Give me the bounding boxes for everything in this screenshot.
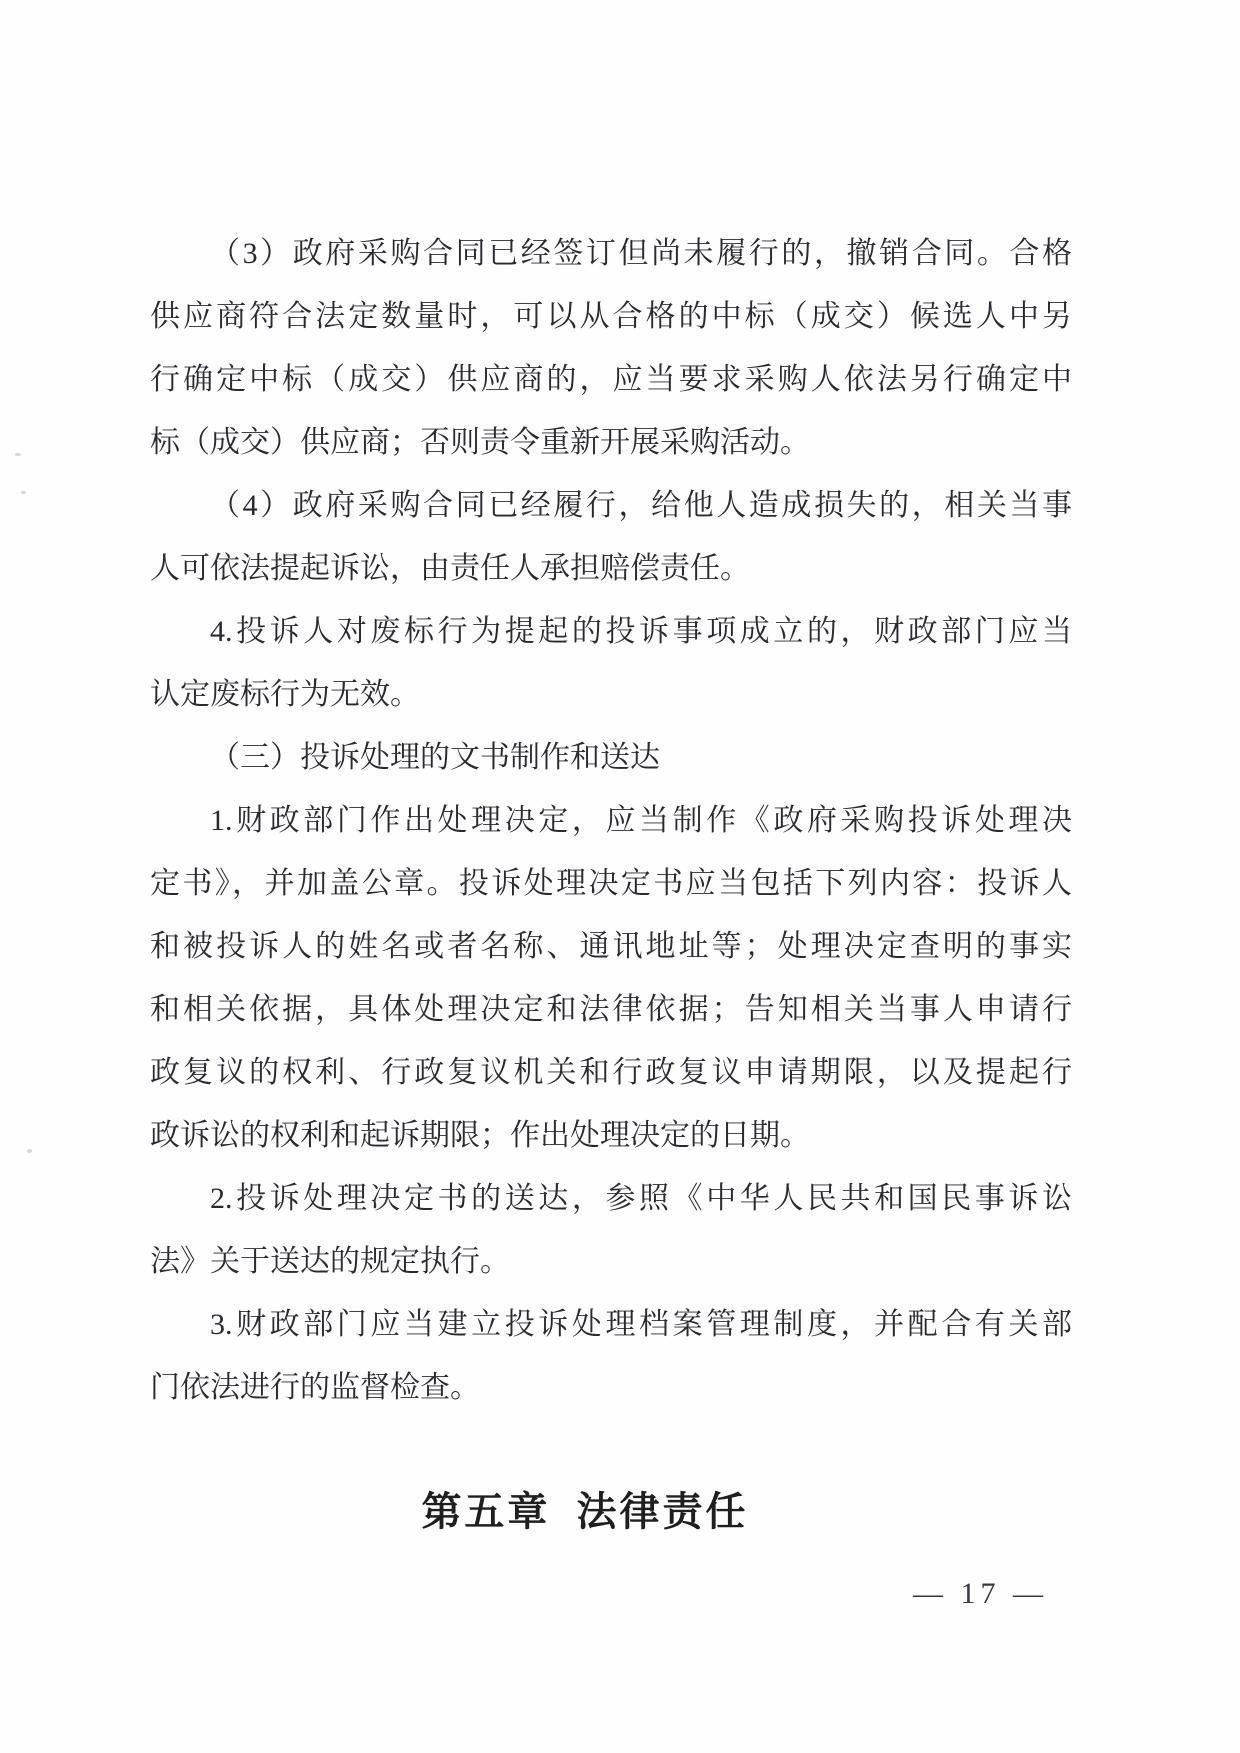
page-number: — 17 — [913, 1576, 1048, 1612]
scan-speck [15, 453, 21, 456]
paragraph: 1.财政部门作出处理决定，应当制作《政府采购投诉处理决定书》，并加盖公章。投诉处… [150, 789, 1072, 1167]
text-line: （4）政府采购合同已经履行，给他人造成损失的，相关当事 [150, 474, 1072, 537]
text-line: 1.财政部门作出处理决定，应当制作《政府采购投诉处理决 [150, 789, 1072, 852]
paragraph: 4.投诉人对废标行为提起的投诉事项成立的，财政部门应当认定废标行为无效。 [150, 600, 1072, 726]
text-line: 法》关于送达的规定执行。 [150, 1230, 1072, 1293]
paragraph: （3）政府采购合同已经签订但尚未履行的，撤销合同。合格供应商符合法定数量时，可以… [150, 222, 1072, 474]
paragraph: 2.投诉处理决定书的送达，参照《中华人民共和国民事诉讼法》关于送达的规定执行。 [150, 1167, 1072, 1293]
text-line: 人可依法提起诉讼，由责任人承担赔偿责任。 [150, 537, 1072, 600]
text-line: 4.投诉人对废标行为提起的投诉事项成立的，财政部门应当 [150, 600, 1072, 663]
text-line: 和相关依据，具体处理决定和法律依据；告知相关当事人申请行 [150, 978, 1072, 1041]
text-line: 行确定中标（成交）供应商的，应当要求采购人依法另行确定中 [150, 348, 1072, 411]
text-line: 标（成交）供应商；否则责令重新开展采购活动。 [150, 411, 1072, 474]
text-line: 和被投诉人的姓名或者名称、通讯地址等；处理决定查明的事实 [150, 915, 1072, 978]
text-line: 定书》，并加盖公章。投诉处理决定书应当包括下列内容：投诉人 [150, 852, 1072, 915]
document-page: （3）政府采购合同已经签订但尚未履行的，撤销合同。合格供应商符合法定数量时，可以… [0, 0, 1240, 1753]
text-line: 政复议的权利、行政复议机关和行政复议申请期限，以及提起行 [150, 1041, 1072, 1104]
text-line: 2.投诉处理决定书的送达，参照《中华人民共和国民事诉讼 [150, 1167, 1072, 1230]
chapter-heading: 第五章 法律责任 [0, 1488, 1170, 1536]
text-line: 供应商符合法定数量时，可以从合格的中标（成交）候选人中另 [150, 285, 1072, 348]
body-text: （3）政府采购合同已经签订但尚未履行的，撤销合同。合格供应商符合法定数量时，可以… [150, 222, 1072, 1419]
scan-speck [21, 491, 26, 494]
scan-speck [27, 1149, 32, 1153]
text-line: 认定废标行为无效。 [150, 663, 1072, 726]
paragraph: （4）政府采购合同已经履行，给他人造成损失的，相关当事人可依法提起诉讼，由责任人… [150, 474, 1072, 600]
text-line: 门依法进行的监督检查。 [150, 1356, 1072, 1419]
text-line: 政诉讼的权利和起诉期限；作出处理决定的日期。 [150, 1104, 1072, 1167]
text-line: （三）投诉处理的文书制作和送达 [150, 726, 1072, 789]
paragraph: 3.财政部门应当建立投诉处理档案管理制度，并配合有关部门依法进行的监督检查。 [150, 1293, 1072, 1419]
text-line: （3）政府采购合同已经签订但尚未履行的，撤销合同。合格 [150, 222, 1072, 285]
paragraph: （三）投诉处理的文书制作和送达 [150, 726, 1072, 789]
text-line: 3.财政部门应当建立投诉处理档案管理制度，并配合有关部 [150, 1293, 1072, 1356]
